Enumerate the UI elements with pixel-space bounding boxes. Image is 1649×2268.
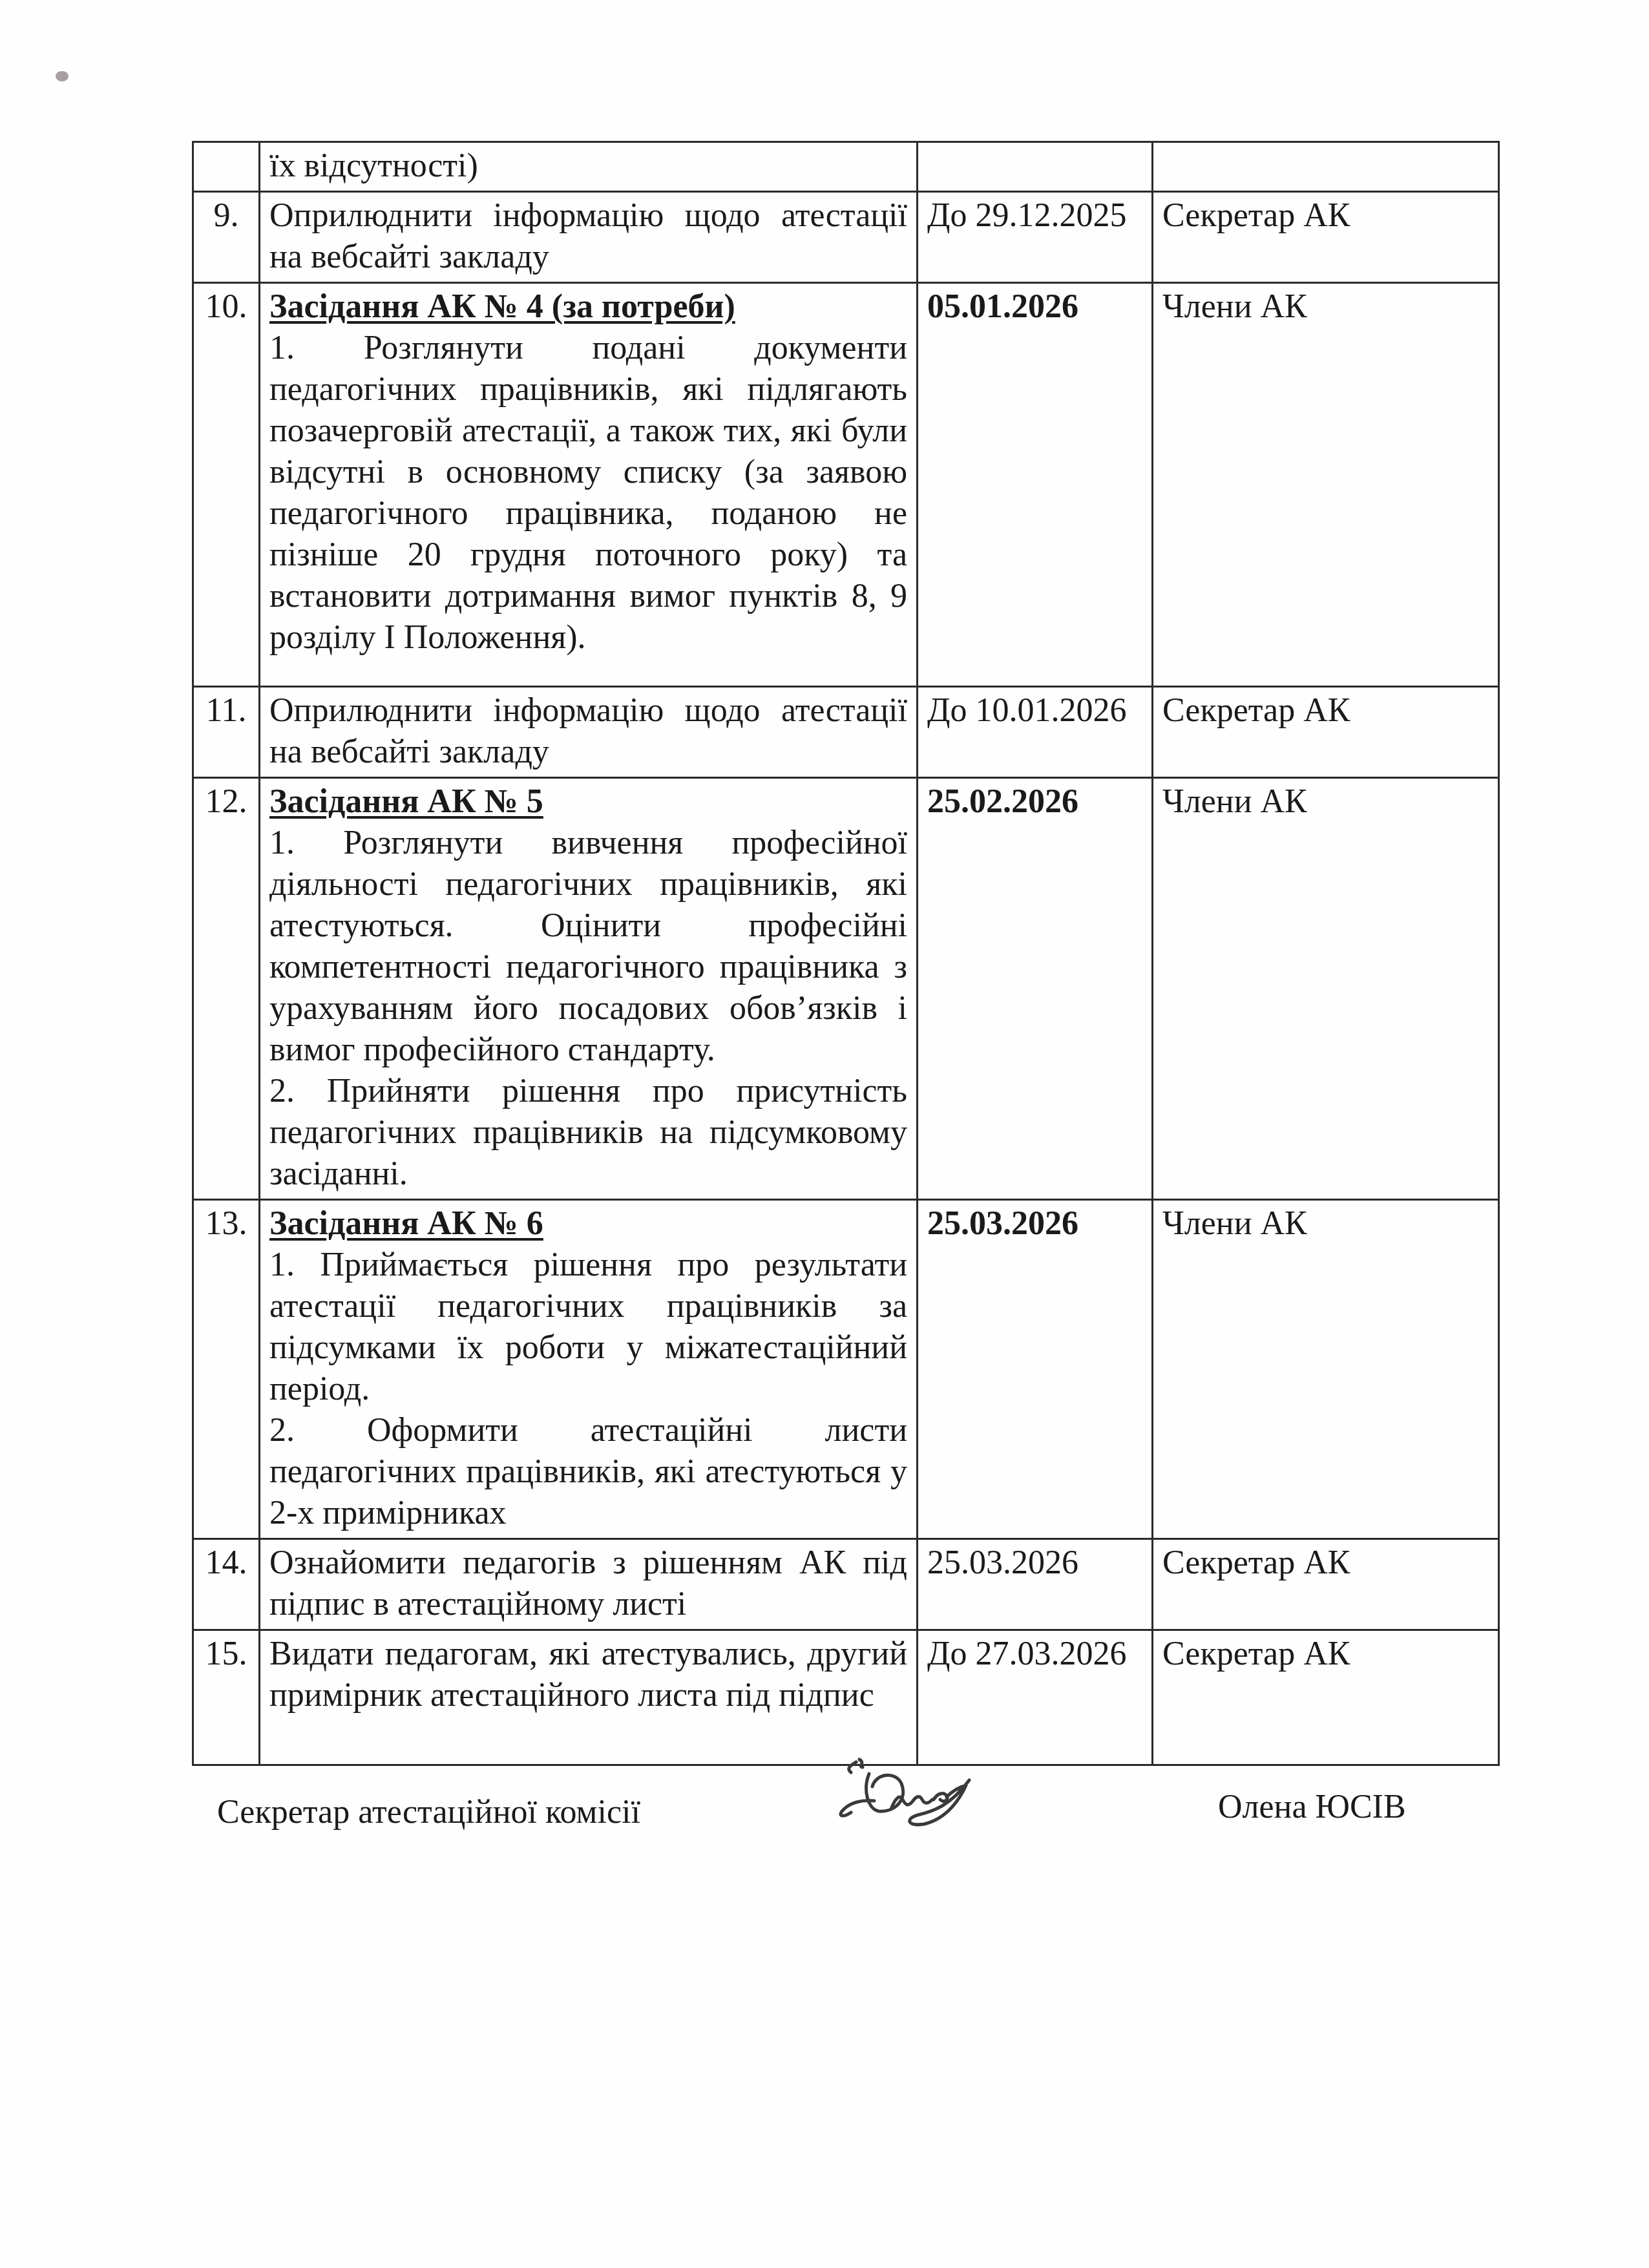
table-row-13: 13. Засідання АК № 6 1. Приймається ріше… (193, 1200, 1499, 1539)
task-text: Видати педагогам, які атестувались, друг… (269, 1633, 907, 1716)
row-number: 14. (193, 1539, 260, 1630)
table-row-11: 11. Оприлюднити інформацію щодо атестаці… (193, 687, 1499, 778)
deadline-cell: До 27.03.2026 (918, 1630, 1153, 1765)
table-row-14: 14. Ознайомити педагогів з рішенням АК п… (193, 1539, 1499, 1630)
task-text: Оприлюднити інформацію щодо атестації на… (269, 195, 907, 278)
table-row-15: 15. Видати педагогам, які атестувались, … (193, 1630, 1499, 1765)
scan-speck-mark (56, 71, 68, 81)
task-item: 2. Прийняти рішення про присутність педа… (269, 1071, 907, 1195)
deadline-cell: 05.01.2026 (918, 283, 1153, 687)
task-text: їх відсутності) (269, 145, 907, 187)
deadline-cell: 25.03.2026 (918, 1539, 1153, 1630)
signatory-role: Секретар атестаційної комісії (217, 1793, 640, 1831)
responsible-cell: Члени АК (1153, 778, 1499, 1200)
task-cell: Засідання АК № 5 1. Розглянути вивчення … (260, 778, 918, 1200)
table-row-12: 12. Засідання АК № 5 1. Розглянути вивче… (193, 778, 1499, 1200)
deadline-cell: До 10.01.2026 (918, 687, 1153, 778)
responsible-cell: Члени АК (1153, 1200, 1499, 1539)
table-row-9: 9. Оприлюднити інформацію щодо атестації… (193, 192, 1499, 283)
task-item: 1. Приймається рішення про результати ат… (269, 1244, 907, 1410)
meeting-heading: Засідання АК № 4 (за потреби) (269, 286, 907, 328)
task-cell: Засідання АК № 4 (за потреби) 1. Розглян… (260, 283, 918, 687)
signatory-name: Олена ЮСІВ (1218, 1788, 1406, 1826)
table-row-10: 10. Засідання АК № 4 (за потреби) 1. Роз… (193, 283, 1499, 687)
task-cell: Ознайомити педагогів з рішенням АК під п… (260, 1539, 918, 1630)
row-number: 15. (193, 1630, 260, 1765)
responsible-cell: Секретар АК (1153, 687, 1499, 778)
responsible-cell: Секретар АК (1153, 192, 1499, 283)
handwritten-signature-icon (811, 1754, 1005, 1838)
deadline-cell: 25.03.2026 (918, 1200, 1153, 1539)
row-number: 11. (193, 687, 260, 778)
row-number: 12. (193, 778, 260, 1200)
responsible-cell: Члени АК (1153, 283, 1499, 687)
task-text: Оприлюднити інформацію щодо атестації на… (269, 690, 907, 773)
deadline-cell: 25.02.2026 (918, 778, 1153, 1200)
document-page: їх відсутності) 9. Оприлюднити інформаці… (0, 0, 1649, 2268)
responsible-cell: Секретар АК (1153, 1630, 1499, 1765)
row-number: 10. (193, 283, 260, 687)
task-cell: Засідання АК № 6 1. Приймається рішення … (260, 1200, 918, 1539)
row-number: 9. (193, 192, 260, 283)
deadline-cell: До 29.12.2025 (918, 192, 1153, 283)
task-item: 1. Розглянути вивчення професійної діяль… (269, 823, 907, 1071)
responsible-cell (1153, 142, 1499, 192)
table-row-continuation: їх відсутності) (193, 142, 1499, 192)
task-cell: їх відсутності) (260, 142, 918, 192)
attestation-plan-table: їх відсутності) 9. Оприлюднити інформаці… (192, 141, 1500, 1766)
task-cell: Оприлюднити інформацію щодо атестації на… (260, 192, 918, 283)
task-item: 2. Оформити атестаційні листи педагогічн… (269, 1410, 907, 1534)
task-cell: Оприлюднити інформацію щодо атестації на… (260, 687, 918, 778)
task-text: Ознайомити педагогів з рішенням АК під п… (269, 1542, 907, 1625)
meeting-heading: Засідання АК № 5 (269, 781, 907, 823)
row-number: 13. (193, 1200, 260, 1539)
signature-block: Секретар атестаційної комісії Олена ЮСІВ (0, 1774, 1649, 1851)
task-cell: Видати педагогам, які атестувались, друг… (260, 1630, 918, 1765)
meeting-heading: Засідання АК № 6 (269, 1203, 907, 1244)
deadline-cell (918, 142, 1153, 192)
task-item: 1. Розглянути подані документи педагогіч… (269, 328, 907, 658)
row-number (193, 142, 260, 192)
responsible-cell: Секретар АК (1153, 1539, 1499, 1630)
